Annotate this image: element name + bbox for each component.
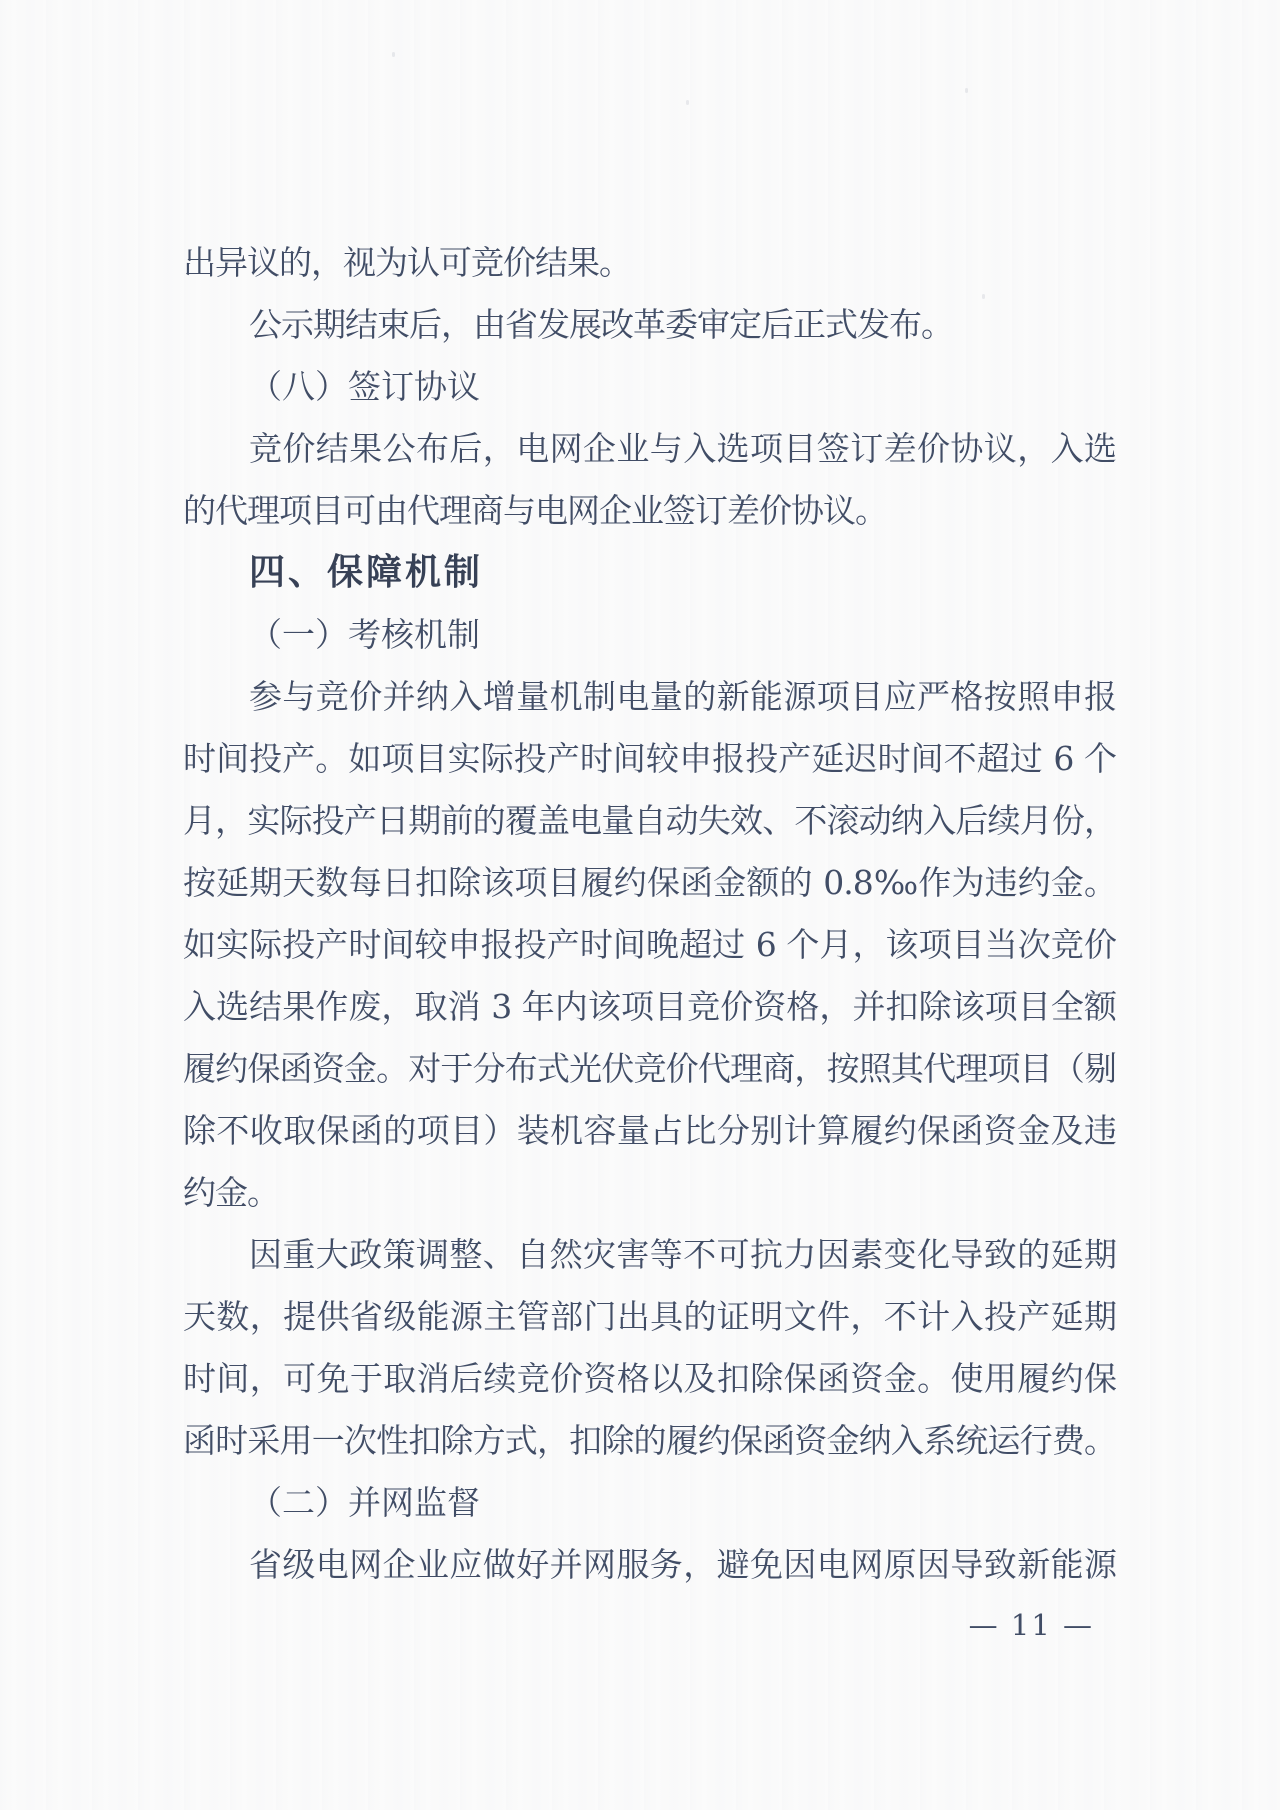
text-line: 约金。 [183, 1162, 1116, 1224]
subsection-heading: （八）签订协议 [183, 356, 1116, 418]
scan-speck [965, 88, 968, 93]
text-line: 因重大政策调整、自然灾害等不可抗力因素变化导致的延期 [183, 1224, 1116, 1286]
text-line: 按延期天数每日扣除该项目履约保函金额的 0.8‰作为违约金。 [183, 852, 1116, 914]
document-page: 出异议的，视为认可竞价结果。公示期结束后，由省发展改革委审定后正式发布。（八）签… [0, 0, 1280, 1810]
text-line: 入选结果作废，取消 3 年内该项目竞价资格，并扣除该项目全额 [183, 976, 1116, 1038]
text-line: 省级电网企业应做好并网服务，避免因电网原因导致新能源 [183, 1534, 1116, 1596]
text-line: 天数，提供省级能源主管部门出具的证明文件，不计入投产延期 [183, 1286, 1116, 1348]
scan-speck [392, 52, 395, 57]
subsection-heading: （二）并网监督 [183, 1472, 1116, 1534]
text-line: 竞价结果公布后，电网企业与入选项目签订差价协议，入选 [183, 418, 1116, 480]
text-line: 函时采用一次性扣除方式，扣除的履约保函资金纳入系统运行费。 [183, 1410, 1116, 1472]
subsection-heading: （一）考核机制 [183, 604, 1116, 666]
text-line: 的代理项目可由代理商与电网企业签订差价协议。 [183, 480, 1116, 542]
page-number: — 11 — [969, 1608, 1094, 1642]
text-line: 公示期结束后，由省发展改革委审定后正式发布。 [183, 294, 1116, 356]
text-line: 如实际投产时间较申报投产时间晚超过 6 个月，该项目当次竞价 [183, 914, 1116, 976]
text-line: 除不收取保函的项目）装机容量占比分别计算履约保函资金及违 [183, 1100, 1116, 1162]
text-line: 月，实际投产日期前的覆盖电量自动失效、不滚动纳入后续月份， [183, 790, 1116, 852]
text-line: 参与竞价并纳入增量机制电量的新能源项目应严格按照申报 [183, 666, 1116, 728]
text-line: 时间投产。如项目实际投产时间较申报投产延迟时间不超过 6 个 [183, 728, 1116, 790]
text-line: 履约保函资金。对于分布式光伏竞价代理商，按照其代理项目（剔 [183, 1038, 1116, 1100]
document-text-block: 出异议的，视为认可竞价结果。公示期结束后，由省发展改革委审定后正式发布。（八）签… [183, 232, 1116, 1596]
text-line: 出异议的，视为认可竞价结果。 [183, 232, 1116, 294]
text-line: 时间，可免于取消后续竞价资格以及扣除保函资金。使用履约保 [183, 1348, 1116, 1410]
scan-speck [686, 100, 689, 105]
section-heading: 四、保障机制 [183, 542, 1116, 604]
